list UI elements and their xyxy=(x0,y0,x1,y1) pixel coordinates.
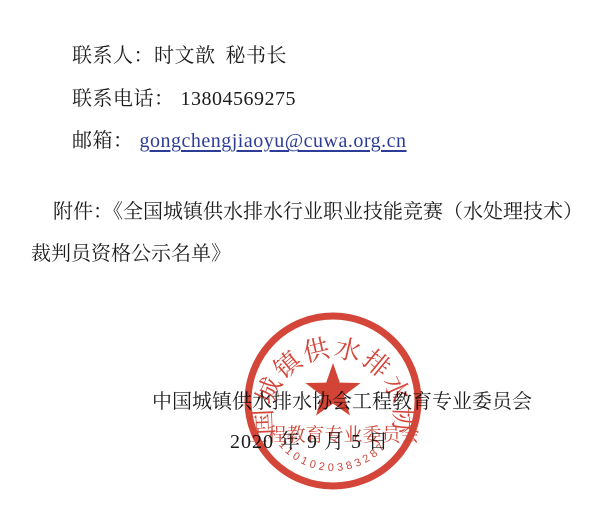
contact-phone-label: 联系电话： xyxy=(72,88,175,110)
contact-person-label: 联系人： xyxy=(72,45,154,67)
contact-email-label: 邮箱： xyxy=(72,130,134,152)
signature-organization: 中国城镇供水排水协会工程教育专业委员会 xyxy=(152,390,532,414)
contact-person-row: 联系人：时文歆秘书长 xyxy=(72,44,287,68)
document-page: 联系人：时文歆秘书长 联系电话：13804569275 邮箱：gongcheng… xyxy=(0,0,600,529)
email-link[interactable]: gongchengjiaoyu@cuwa.org.cn xyxy=(140,130,407,152)
contact-email-row: 邮箱：gongchengjiaoyu@cuwa.org.cn xyxy=(72,129,407,153)
contact-phone-row: 联系电话：13804569275 xyxy=(72,87,296,111)
contact-person-name: 时文歆 xyxy=(154,45,216,67)
contact-phone-number: 13804569275 xyxy=(181,88,297,110)
attachment-line-1: 附件：《全国城镇供水排水行业职业技能竞赛（水处理技术） xyxy=(53,200,583,224)
signature-date: 2020 年 9 月 5 日 xyxy=(230,430,389,454)
attachment-line-2: 裁判员资格公示名单》 xyxy=(31,242,231,266)
contact-person-title: 秘书长 xyxy=(226,45,288,67)
